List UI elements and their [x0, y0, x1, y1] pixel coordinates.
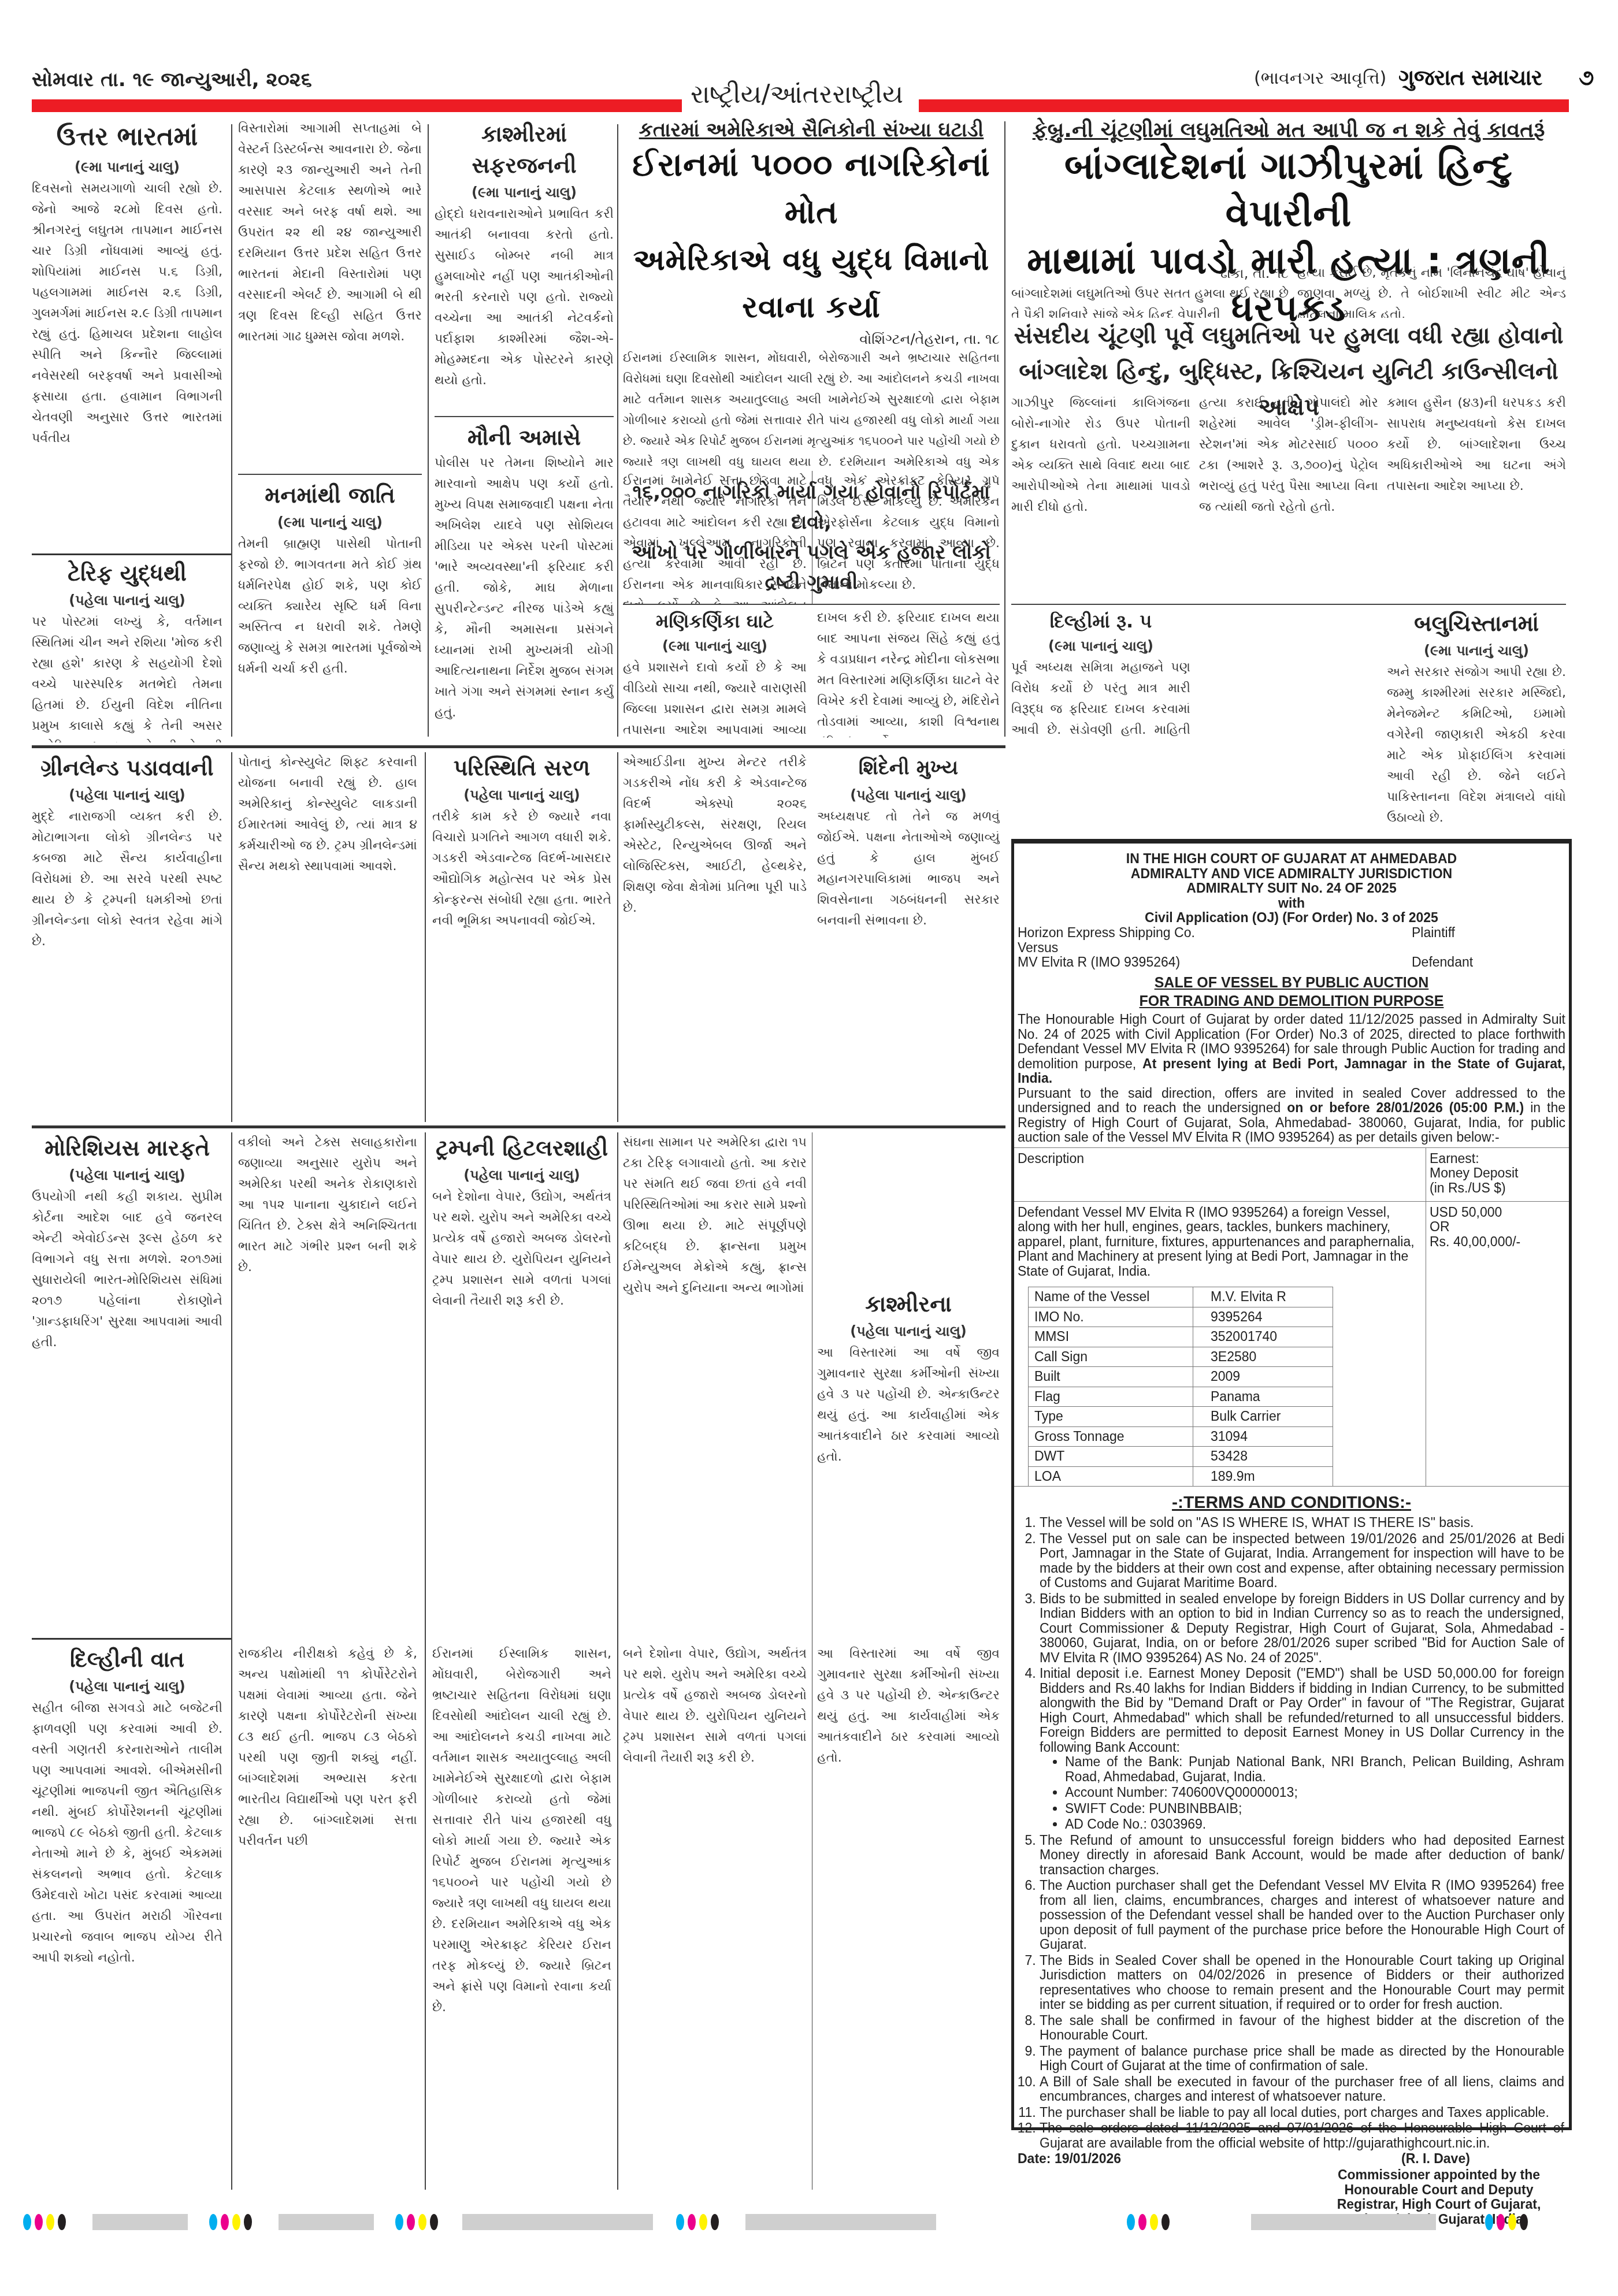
column-divider	[428, 124, 429, 737]
particular-label: Gross Tonnage	[1029, 1426, 1193, 1447]
intro-deadline: on or before 28/01/2026 (05:00 P.M.)	[1287, 1100, 1524, 1115]
signatory-title: Commissioner appointed by the	[1329, 2168, 1549, 2183]
story-filler-col5: આ વિસ્તારમાં આ વર્ષે જીવ ગુમાવનાર સુરક્ષ…	[817, 1644, 1000, 2190]
story-title: ટ્રમ્પની હિટલરશાહી	[432, 1132, 611, 1164]
table-row: Name of the VesselM.V. Elvita R	[1029, 1287, 1333, 1307]
term-item: A Bill of Sale shall be executed in favo…	[1040, 2075, 1564, 2104]
yellow-dot-icon	[418, 2214, 426, 2230]
print-grey-bar	[1251, 2214, 1436, 2230]
bank-detail: Name of the Bank: Punjab National Bank, …	[1065, 1755, 1564, 1784]
table-row: DWT53428	[1029, 1447, 1333, 1467]
lead-dateline: વોશિંગ્ટન/તેહરાન, તા. ૧૮	[623, 331, 1000, 347]
term-item: The Auction purchaser shall get the Defe…	[1040, 1878, 1564, 1952]
story-body: તરીકે કામ કરે છે જ્યારે નવા વિચારો પ્રગત…	[432, 807, 611, 931]
print-grey-bar	[745, 2214, 936, 2230]
lead-body: ઈરાનમાં ઈસ્લામિક શાસન, મોંઘવારી, બેરોજગા…	[623, 347, 1000, 477]
emd-head-line: Money Deposit	[1430, 1166, 1565, 1181]
story-uttar-bharat: ઉત્તર ભારતમાં (૯મા પાનાનું ચાલુ) દિવસનો …	[32, 118, 222, 552]
column-divider	[231, 124, 232, 737]
particular-value: 9395264	[1193, 1307, 1333, 1327]
emd-usd: USD 50,000	[1430, 1205, 1565, 1220]
vessel-description: Defendant Vessel MV Elvita R (IMO 939526…	[1018, 1205, 1416, 1279]
story-separator	[1011, 604, 1566, 605]
continued-label: (પહેલા પાનાનું ચાલુ)	[817, 783, 1000, 807]
table-row: Built2009	[1029, 1367, 1333, 1387]
particular-value: 3E2580	[1193, 1347, 1333, 1367]
continued-label: (૯મા પાનાનું ચાલુ)	[1387, 639, 1566, 662]
magenta-dot-icon	[407, 2214, 415, 2230]
story-body: અને સરકાર સંજોગ આપી રહ્યા છે. જમ્મુ કાશ્…	[1387, 662, 1566, 827]
black-dot-icon	[711, 2214, 719, 2230]
plaintiff-name: Horizon Express Shipping Co.	[1018, 925, 1195, 940]
cyan-dot-icon	[209, 2214, 217, 2230]
right-body-d: હત્યા કરાઈ હતી. ગોપાલંદો મોર શહેરમાં આવે…	[1199, 393, 1378, 601]
emd-values-cell: USD 50,000 OR Rs. 40,00,000/-	[1426, 1201, 1569, 1486]
right-body-e: કમાલ હુસૈન (૪૩)ની ધરપકડ કરી સાપરાધ મનુષ્…	[1387, 393, 1566, 601]
story-mauritius: મોરિશિયસ મારફતે (પહેલા પાનાનું ચાલુ) ઉપય…	[32, 1132, 222, 1635]
magenta-dot-icon	[221, 2214, 229, 2230]
continued-label: (પહેલા પાનાનું ચાલુ)	[32, 1675, 222, 1698]
lead-body-col-b: વધુ એક એરક્રાફ્ટ કેરિયર ગ્રુપ મિડલ ઈસ્ટ …	[817, 471, 1000, 604]
cmyk-registration-mark	[676, 2214, 722, 2231]
right-body-b: હત્યા કરાઈ છે, મૃતકનું નામ 'લિનોનચંદ્ર ઘ…	[1297, 263, 1566, 318]
continued-label: (પહેલા પાનાનું ચાલુ)	[817, 1320, 1000, 1343]
column-divider	[231, 1132, 232, 2190]
court-line-5: Civil Application (OJ) (For Order) No. 3…	[1014, 911, 1569, 926]
yellow-dot-icon	[1508, 2214, 1516, 2230]
vessel-description-cell: Defendant Vessel MV Elvita R (IMO 939526…	[1014, 1201, 1426, 1486]
yellow-dot-icon	[46, 2214, 54, 2230]
story-body: પર પોસ્ટમાં લખ્યું કે, વર્તમાન સ્થિતિમાં…	[32, 612, 222, 742]
print-grey-bar	[279, 2214, 374, 2230]
cyan-dot-icon	[1127, 2214, 1135, 2230]
story-body: હવે પ્રશાસને દાવો કર્યો છે કે આ વીડિયો સ…	[623, 657, 807, 738]
court-line-4: with	[1014, 896, 1569, 911]
particular-value: 53428	[1193, 1447, 1333, 1467]
notice-date: Date: 19/01/2026	[1018, 2151, 1121, 2166]
column-divider	[617, 124, 618, 737]
vessel-particulars-table: Name of the VesselM.V. Elvita R IMO No.9…	[1028, 1287, 1333, 1486]
story-delhi-rs5: દિલ્હીમાં રૂ. ૫ (૯મા પાનાનું ચાલુ) પૂર્વ…	[1011, 608, 1190, 738]
story-mauritius-cont: વકીલો અને ટેક્સ સલાહકારોના જણાવ્યા અનુસા…	[238, 1132, 417, 1635]
cmyk-registration-mark	[209, 2214, 255, 2231]
cyan-dot-icon	[23, 2214, 31, 2230]
story-kashmir-na: કાશ્મીરના (પહેલા પાનાનું ચાલુ) આ વિસ્તાર…	[817, 1288, 1000, 1635]
black-dot-icon	[1161, 2214, 1170, 2230]
term-item: Bids to be submitted in sealed envelope …	[1040, 1592, 1564, 1666]
story-separator	[238, 474, 422, 475]
particular-value: Bulk Carrier	[1193, 1407, 1333, 1427]
table-row: TypeBulk Carrier	[1029, 1407, 1333, 1427]
story-title: દિલ્હીની વાત	[32, 1644, 222, 1675]
term-item: The Vessel will be sold on "AS IS WHERE …	[1040, 1515, 1564, 1530]
defendant-name: MV Elvita R (IMO 9395264)	[1018, 954, 1180, 969]
term-item: The Refund of amount to unsuccessful for…	[1040, 1833, 1564, 1878]
story-body: સહીત બીજા સગવડો માટે બજેટની ફાળવણી પણ કર…	[32, 1698, 222, 1968]
magenta-dot-icon	[1497, 2214, 1505, 2230]
bank-detail: AD Code No.: 0303969.	[1065, 1817, 1564, 1832]
story-greenland-cont: પોતાનું કોન્સ્યુલેટ શિફ્ટ કરવાની યોજના બ…	[238, 752, 417, 1122]
continued-label: (૯મા પાનાનું ચાલુ)	[435, 181, 614, 204]
story-mauni-amas: મૌની અમાસે પોલીસ પર તેમના શિષ્યોને માર મ…	[435, 422, 614, 740]
legal-notice-auction: IN THE HIGH COURT OF GUJARAT AT AHMEDABA…	[1011, 839, 1572, 2130]
story-body: ઉપયોગી નથી કહી શકાય. સુપ્રીમ કોર્ટના આદે…	[32, 1187, 222, 1353]
cyan-dot-icon	[676, 2214, 684, 2230]
story-trump-hitler-cont: સંઘના સામાન પર અમેરિકા દ્વારા ૧૫ ટકા ટેર…	[623, 1132, 807, 1635]
magenta-dot-icon	[688, 2214, 696, 2230]
table-row: Call Sign3E2580	[1029, 1347, 1333, 1367]
issue-date: સોમવાર તા. ૧૯ જાન્યુઆરી, ૨૦૨૬	[32, 68, 312, 91]
story-body: પોલીસ પર તેમના શિષ્યોને માર મારવાનો આક્ષ…	[435, 453, 614, 723]
story-filler-col4: બને દેશોના વેપાર, ઉદ્યોગ, અર્થતંત્ર પર થ…	[623, 1644, 807, 2190]
cmyk-registration-mark	[1485, 2214, 1531, 2231]
story-kashmir-safar: કાશ્મીરમાં સફરજનની (૯મા પાનાનું ચાલુ) હો…	[435, 118, 614, 413]
story-manikarnika-cont: દાખલ કરી છે. ફરિયાદ દાખલ થયા બાદ આપના સં…	[817, 608, 1000, 738]
story-body: વિસ્તારોમાં આગામી સપ્તાહમાં બે વેસ્ટર્ન …	[238, 118, 422, 347]
particular-label: Flag	[1029, 1387, 1193, 1407]
story-paristhiti: પરિસ્થિતિ સરળ (પહેલા પાનાનું ચાલુ) તરીકે…	[432, 752, 611, 1122]
particular-label: Call Sign	[1029, 1347, 1193, 1367]
story-trump-hitler: ટ્રમ્પની હિટલરશાહી (પહેલા પાનાનું ચાલુ) …	[432, 1132, 611, 1635]
continued-label: (૯મા પાનાનું ચાલુ)	[32, 155, 222, 179]
story-title: ગ્રીનલેન્ડ પડાવવાની	[32, 752, 222, 783]
column-divider	[231, 752, 232, 1122]
continued-label: (પહેલા પાનાનું ચાલુ)	[32, 1164, 222, 1187]
cyan-dot-icon	[1485, 2214, 1493, 2230]
yellow-dot-icon	[232, 2214, 240, 2230]
story-title: કાશ્મીરના	[817, 1288, 1000, 1320]
magenta-dot-icon	[35, 2214, 43, 2230]
right-body-a: ઢાકા, તા. ૧૮ બાંગ્લાદેશમાં લઘુમતિઓ ઉપર સ…	[1011, 263, 1289, 318]
story-body: આ વિસ્તારમાં આ વર્ષે જીવ ગુમાવનાર સુરક્ષ…	[817, 1343, 1000, 1467]
bank-detail: SWIFT Code: PUNBINBBAIB;	[1065, 1801, 1564, 1816]
term-item: The payment of balance purchase price sh…	[1040, 2044, 1564, 2074]
right-headline-1: બાંગ્લાદેશનાં ગાઝીપુરમાં હિન્દુ વેપારીની	[1011, 143, 1566, 237]
story-man-mathi: મનમાંથી જાતિ (૯મા પાનાનું ચાલુ) તેમની બ્…	[238, 480, 422, 740]
particular-value: 2009	[1193, 1367, 1333, 1387]
section-separator	[32, 1638, 231, 1640]
notice-intro-2: Pursuant to the said direction, offers a…	[1014, 1086, 1569, 1145]
continued-label: (પહેલા પાનાનું ચાલુ)	[432, 1164, 611, 1187]
story-manikarnika: મણિકર્ણિકા ઘાટે (૯મા પાનાનું ચાલુ) હવે પ…	[623, 608, 807, 738]
edition-label: (ભાવનગર આવૃત્તિ)	[1254, 68, 1386, 88]
right-body-c: ગાઝીપુર જિલ્લાંનાં કાલિગંજના બોરો-નાગોર …	[1011, 393, 1190, 601]
emd-head-line: (in Rs./US $)	[1430, 1181, 1565, 1196]
black-dot-icon	[1520, 2214, 1528, 2230]
story-uttar-bharat-cont: વિસ્તારોમાં આગામી સપ્તાહમાં બે વેસ્ટર્ન …	[238, 118, 422, 482]
signatory-title: Registrar, High Court of Gujarat,	[1329, 2197, 1549, 2212]
magenta-dot-icon	[1138, 2214, 1146, 2230]
table-head-description: Description	[1014, 1147, 1426, 1201]
lead-headline-1: ઈરાનમાં ૫૦૦૦ નાગરિકોનાં મોત	[623, 142, 1000, 236]
table-head-emd: Earnest: Money Deposit (in Rs./US $)	[1426, 1147, 1569, 1201]
story-delhi-vaat-cont: રાજકીય નીરીક્ષકો કહેવું છે કે, અન્ય પક્ષ…	[238, 1644, 417, 2190]
story-body: તેમની બ્રાહ્મણ પાસેથી પોતાની ફરજો છે. ભા…	[238, 534, 422, 679]
story-separator	[623, 604, 1000, 605]
court-line-2: ADMIRALTY AND VICE ADMIRALTY JURISDICTIO…	[1014, 867, 1569, 882]
versus-label: Versus	[1014, 941, 1569, 956]
story-title: મનમાંથી જાતિ	[238, 480, 422, 511]
bank-details-list: Name of the Bank: Punjab National Bank, …	[1040, 1755, 1564, 1832]
particular-value: M.V. Elvita R	[1193, 1287, 1333, 1307]
print-grey-bar	[462, 2214, 653, 2230]
table-row: FlagPanama	[1029, 1387, 1333, 1407]
story-greenland: ગ્રીનલેન્ડ પડાવવાની (પહેલા પાનાનું ચાલુ)…	[32, 752, 222, 1122]
cyan-dot-icon	[395, 2214, 403, 2230]
story-title: શિંદેની મુખ્ય	[817, 752, 1000, 783]
column-divider	[425, 1132, 426, 2190]
story-tariff-yuddh: ટેરિફ યુદ્ધથી (પહેલા પાનાનું ચાલુ) પર પો…	[32, 558, 222, 742]
section-separator	[32, 745, 1005, 748]
column-divider	[1004, 121, 1005, 737]
particular-value: Panama	[1193, 1387, 1333, 1407]
table-row: IMO No.9395264	[1029, 1307, 1333, 1327]
particular-label: Built	[1029, 1367, 1193, 1387]
yellow-dot-icon	[699, 2214, 707, 2230]
particular-value: 31094	[1193, 1426, 1333, 1447]
particular-label: DWT	[1029, 1447, 1193, 1467]
print-grey-bar	[92, 2214, 188, 2230]
column-divider	[812, 1132, 812, 2190]
story-title: મૌની અમાસે	[435, 422, 614, 453]
column-divider	[617, 752, 618, 1122]
particular-label: Name of the Vessel	[1029, 1287, 1193, 1307]
masthead-rule-right	[919, 99, 1569, 112]
story-separator	[435, 416, 614, 417]
particular-label: MMSI	[1029, 1327, 1193, 1347]
continued-label: (૯મા પાનાનું ચાલુ)	[1011, 634, 1190, 657]
term-item: The sale shall be confirmed in favour of…	[1040, 2013, 1564, 2043]
story-filler-col3: ઈરાનમાં ઈસ્લામિક શાસન, મોંઘવારી, બેરોજગા…	[432, 1644, 611, 2190]
bank-detail: Account Number: 740600VQ00000013;	[1065, 1785, 1564, 1800]
emd-head-line: Earnest:	[1430, 1151, 1565, 1166]
story-shinde: શિંદેની મુખ્ય (પહેલા પાનાનું ચાલુ) અધ્યક…	[817, 752, 1000, 1122]
particular-label: Type	[1029, 1407, 1193, 1427]
story-title: દિલ્હીમાં રૂ. ૫	[1011, 608, 1190, 634]
term-item: The sale orders dated 11/12/2025 and 07/…	[1040, 2121, 1564, 2150]
lead-kicker: કતારમાં અમેરિકાએ સૈનિકોની સંખ્યા ઘટાડી	[623, 118, 1000, 142]
emd-inr: Rs. 40,00,000/-	[1430, 1235, 1565, 1250]
particular-label: IMO No.	[1029, 1307, 1193, 1327]
continued-label: (૯મા પાનાનું ચાલુ)	[623, 634, 807, 657]
defendant-label: Defendant	[1412, 955, 1473, 970]
continued-label: (પહેલા પાનાનું ચાલુ)	[32, 589, 222, 612]
right-dateline: ઢાકા, તા. ૧૮	[1011, 263, 1289, 284]
story-title: બલુચિસ્તાનમાં	[1387, 608, 1566, 639]
court-line-1: IN THE HIGH COURT OF GUJARAT AT AHMEDABA…	[1014, 852, 1569, 867]
column-divider	[425, 752, 426, 1122]
sale-description-table: Description Earnest: Money Deposit (in R…	[1014, 1147, 1569, 1487]
term-item: The purchaser shall be liable to pay all…	[1040, 2105, 1564, 2120]
notice-title-1: SALE OF VESSEL BY PUBLIC AUCTION	[1014, 976, 1569, 991]
lead-body-col-a: ઈરાનમાં ખામેનેઈ સત્તા છોડવા માટે તૈયાર ન…	[623, 471, 807, 604]
particular-label: LOA	[1029, 1466, 1193, 1486]
masthead-rule-left	[32, 99, 682, 112]
court-line-3: ADMIRALTY SUIT No. 24 OF 2025	[1014, 881, 1569, 896]
story-title: મોરિશિયસ મારફતે	[32, 1132, 222, 1164]
particular-value: 352001740	[1193, 1327, 1333, 1347]
story-paristhiti-cont: એઆઈડીના મુખ્ય મેન્ટર તરીકે ગડકરીએ નોંધ ક…	[623, 752, 807, 943]
notice-title-2: FOR TRADING AND DEMOLITION PURPOSE	[1014, 994, 1569, 1009]
cmyk-registration-mark	[395, 2214, 441, 2231]
cmyk-registration-mark	[1127, 2214, 1173, 2231]
table-row: LOA189.9m	[1029, 1466, 1333, 1486]
table-row: MMSI352001740	[1029, 1327, 1333, 1347]
particular-value: 189.9m	[1193, 1466, 1333, 1486]
cmyk-registration-mark	[23, 2214, 69, 2231]
story-body: બને દેશોના વેપાર, ઉદ્યોગ, અર્થતંત્ર પર થ…	[432, 1187, 611, 1312]
black-dot-icon	[244, 2214, 252, 2230]
right-subhead-1: સંસદીય ચૂંટણી પૂર્વે લઘુમતિઓ પર હુમલા વધ…	[1011, 318, 1566, 354]
story-separator	[32, 553, 231, 555]
column-divider	[617, 1132, 618, 2190]
terms-title: -:TERMS AND CONDITIONS:-	[1014, 1491, 1569, 1514]
story-title: પરિસ્થિતિ સરળ	[432, 752, 611, 783]
emd-or: OR	[1430, 1220, 1565, 1235]
continued-label: (પહેલા પાનાનું ચાલુ)	[432, 783, 611, 807]
continued-label: (પહેલા પાનાનું ચાલુ)	[32, 783, 222, 807]
terms-list: The Vessel will be sold on "AS IS WHERE …	[1014, 1515, 1569, 2150]
story-baluchistan: બલુચિસ્તાનમાં (૯મા પાનાનું ચાલુ) અને સરક…	[1387, 608, 1566, 827]
notice-intro-1: The Honourable High Court of Gujarat by …	[1014, 1012, 1569, 1086]
yellow-dot-icon	[1150, 2214, 1158, 2230]
newspaper-brand-logo: ગુજરાત સમાચાર	[1398, 65, 1542, 91]
plaintiff-label: Plaintiff	[1412, 926, 1455, 941]
term-item: Initial deposit i.e. Earnest Money Depos…	[1040, 1666, 1564, 1832]
signatory-title: Honourable Court and Deputy	[1329, 2183, 1549, 2198]
black-dot-icon	[58, 2214, 66, 2230]
story-delhi-vaat: દિલ્હીની વાત (પહેલા પાનાનું ચાલુ) સહીત બ…	[32, 1644, 222, 2190]
column-divider	[812, 471, 812, 604]
story-body: બાંગ્લાદેશમાં લઘુમતિઓ ઉપર સતત હુમલા થઈ ર…	[1011, 284, 1289, 318]
story-body: પૂર્વ અધ્યક્ષ સમિત્રા મહાજને પણ વિરોધ કર…	[1011, 657, 1190, 738]
story-title: ઉત્તર ભારતમાં	[32, 118, 222, 155]
lead-headline-2: અમેરિકાએ વધુ યુદ્ધ વિમાનો રવાના કર્યા	[623, 236, 1000, 331]
page-number: ૭	[1579, 65, 1594, 91]
story-body: હોદ્દો ધરાવનારાઓને પ્રભાવિત કરી આતંકી બન…	[435, 204, 614, 391]
table-row: Gross Tonnage31094	[1029, 1426, 1333, 1447]
signatory-name: (R. I. Dave)	[1401, 2152, 1470, 2167]
section-title: રાષ્ટ્રીય/આંતરરાષ્ટ્રીય	[691, 80, 903, 109]
term-text: Initial deposit i.e. Earnest Money Depos…	[1040, 1666, 1564, 1755]
story-title: કાશ્મીરમાં સફરજનની	[435, 118, 614, 181]
section-separator	[32, 1125, 1005, 1128]
story-body: અધ્યક્ષપદ તો તેને જ મળવું જોઈએ. પક્ષના ન…	[817, 807, 1000, 931]
story-body: દિવસનો સમયગાળો ચાલી રહ્યો છે. જેનો આજે ૨…	[32, 179, 222, 449]
story-title: મણિકર્ણિકા ઘાટે	[623, 608, 807, 634]
story-body: મુદ્દે નારાજગી વ્યક્ત કરી છે. મોટાભાગના …	[32, 807, 222, 952]
term-item: The Bids in Sealed Cover shall be opened…	[1040, 1953, 1564, 2012]
continued-label: (૯મા પાનાનું ચાલુ)	[238, 511, 422, 534]
term-item: The Vessel put on sale can be inspected …	[1040, 1532, 1564, 1591]
story-title: ટેરિફ યુદ્ધથી	[32, 558, 222, 589]
right-kicker: ફેબ્રુ.ની ચૂંટણીમાં લઘુમતિઓ મત આપી જ ન શ…	[1011, 118, 1566, 143]
black-dot-icon	[430, 2214, 438, 2230]
